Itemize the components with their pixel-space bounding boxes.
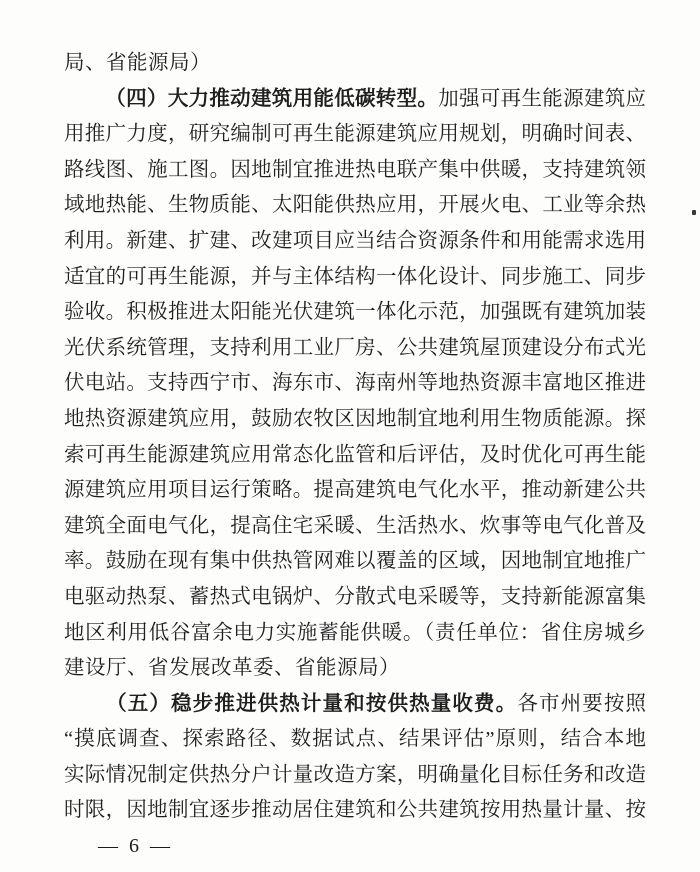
paragraph-text: 电驱动热泵、蓄热式电锅炉、分散式电采暖等，支持新能源富集 [64,586,646,608]
paragraph-text: 伏电站。支持西宁市、海东市、海南州等地热资源丰富地区推进 [64,372,646,394]
paragraph-text: 实际情况制定供热分户计量改造方案，明确量化目标任务和改造 [64,764,646,786]
text-line: 时限，因地制宜逐步推动居住建筑和公共建筑按用热量计量、按 [64,793,646,829]
document-body: 局、省能源局）（四）大力推动建筑用能低碳转型。加强可再生能源建筑应用推广力度，研… [64,46,646,829]
text-line: 地热资源建筑应用，鼓励农牧区因地制宜地利用生物质能源。探 [64,402,646,438]
paragraph-text: 利用。新建、扩建、改建项目应当结合资源条件和用能需求选用 [64,230,646,252]
paragraph-text: “摸底调查、探索路径、数据试点、结果评估”原则，结合本地 [64,728,646,750]
scan-speck [692,210,696,215]
paragraph-indent [64,709,105,710]
paragraph-text: 率。鼓励在现有集中供热管网难以覆盖的区域，因地制宜地推广 [64,550,646,572]
text-line: 建筑全面电气化，提高住宅采暖、生活热水、炊事等电气化普及 [64,509,646,545]
text-line: （四）大力推动建筑用能低碳转型。加强可再生能源建筑应 [64,82,646,118]
paragraph-text: 源建筑应用项目运行策略。提高建筑电气化水平，推动新建公共 [64,479,646,501]
paragraph-text: 加强可再生能源建筑应 [438,88,646,110]
paragraph-text: 局、省能源局） [64,52,211,74]
paragraph-text: 建设厅、省发展改革委、省能源局） [64,657,400,679]
paragraph-text: 地热资源建筑应用，鼓励农牧区因地制宜地利用生物质能源。探 [64,408,646,430]
text-line: 适宜的可再生能源，并与主体结构一体化设计、同步施工、同步 [64,260,646,296]
paragraph-text: 路线图、施工图。因地制宜推进热电联产集中供暖，支持建筑领 [64,159,646,181]
text-line: 利用。新建、扩建、改建项目应当结合资源条件和用能需求选用 [64,224,646,260]
paragraph-text: 光伏系统管理，支持利用工业厂房、公共建筑屋顶建设分布式光 [64,337,646,359]
paragraph-heading: （五）稳步推进供热计量和按供热量收费。 [105,693,517,715]
paragraph-heading: （四）大力推动建筑用能低碳转型。 [105,88,438,110]
page-number: — 6 — [98,831,173,861]
paragraph-text: 地区利用低谷富余电力实施蓄能供暖。（责任单位：省住房城乡 [64,622,646,644]
paragraph-indent [64,104,105,105]
paragraph-text: 建筑全面电气化，提高住宅采暖、生活热水、炊事等电气化普及 [64,515,646,537]
text-line: 用推广力度，研究编制可再生能源建筑应用规划，明确时间表、 [64,117,646,153]
paragraph-text: 验收。积极推进太阳能光伏建筑一体化示范，加强既有建筑加装 [64,301,646,323]
paragraph-text: 适宜的可再生能源，并与主体结构一体化设计、同步施工、同步 [64,266,646,288]
text-line: “摸底调查、探索路径、数据试点、结果评估”原则，结合本地 [64,722,646,758]
paragraph-text: 索可再生能源建筑应用常态化监管和后评估，及时优化可再生能 [64,444,646,466]
paragraph-text: 各市州要按照 [517,693,646,715]
paragraph-text: 时限，因地制宜逐步推动居住建筑和公共建筑按用热量计量、按 [64,799,646,821]
text-line: 地区利用低谷富余电力实施蓄能供暖。（责任单位：省住房城乡 [64,616,646,652]
paragraph-text: 域地热能、生物质能、太阳能供热应用，开展火电、工业等余热 [64,194,646,216]
text-line: 光伏系统管理，支持利用工业厂房、公共建筑屋顶建设分布式光 [64,331,646,367]
text-line: （五）稳步推进供热计量和按供热量收费。各市州要按照 [64,687,646,723]
text-line: 建设厅、省发展改革委、省能源局） [64,651,646,687]
text-line: 电驱动热泵、蓄热式电锅炉、分散式电采暖等，支持新能源富集 [64,580,646,616]
scanned-document-page: 局、省能源局）（四）大力推动建筑用能低碳转型。加强可再生能源建筑应用推广力度，研… [0,0,700,872]
text-line: 实际情况制定供热分户计量改造方案，明确量化目标任务和改造 [64,758,646,794]
text-line: 索可再生能源建筑应用常态化监管和后评估，及时优化可再生能 [64,438,646,474]
text-line: 域地热能、生物质能、太阳能供热应用，开展火电、工业等余热 [64,188,646,224]
text-line: 伏电站。支持西宁市、海东市、海南州等地热资源丰富地区推进 [64,366,646,402]
text-line: 率。鼓励在现有集中供热管网难以覆盖的区域，因地制宜地推广 [64,544,646,580]
text-line: 局、省能源局） [64,46,646,82]
text-line: 验收。积极推进太阳能光伏建筑一体化示范，加强既有建筑加装 [64,295,646,331]
text-line: 路线图、施工图。因地制宜推进热电联产集中供暖，支持建筑领 [64,153,646,189]
text-line: 源建筑应用项目运行策略。提高建筑电气化水平，推动新建公共 [64,473,646,509]
paragraph-text: 用推广力度，研究编制可再生能源建筑应用规划，明确时间表、 [64,123,646,145]
